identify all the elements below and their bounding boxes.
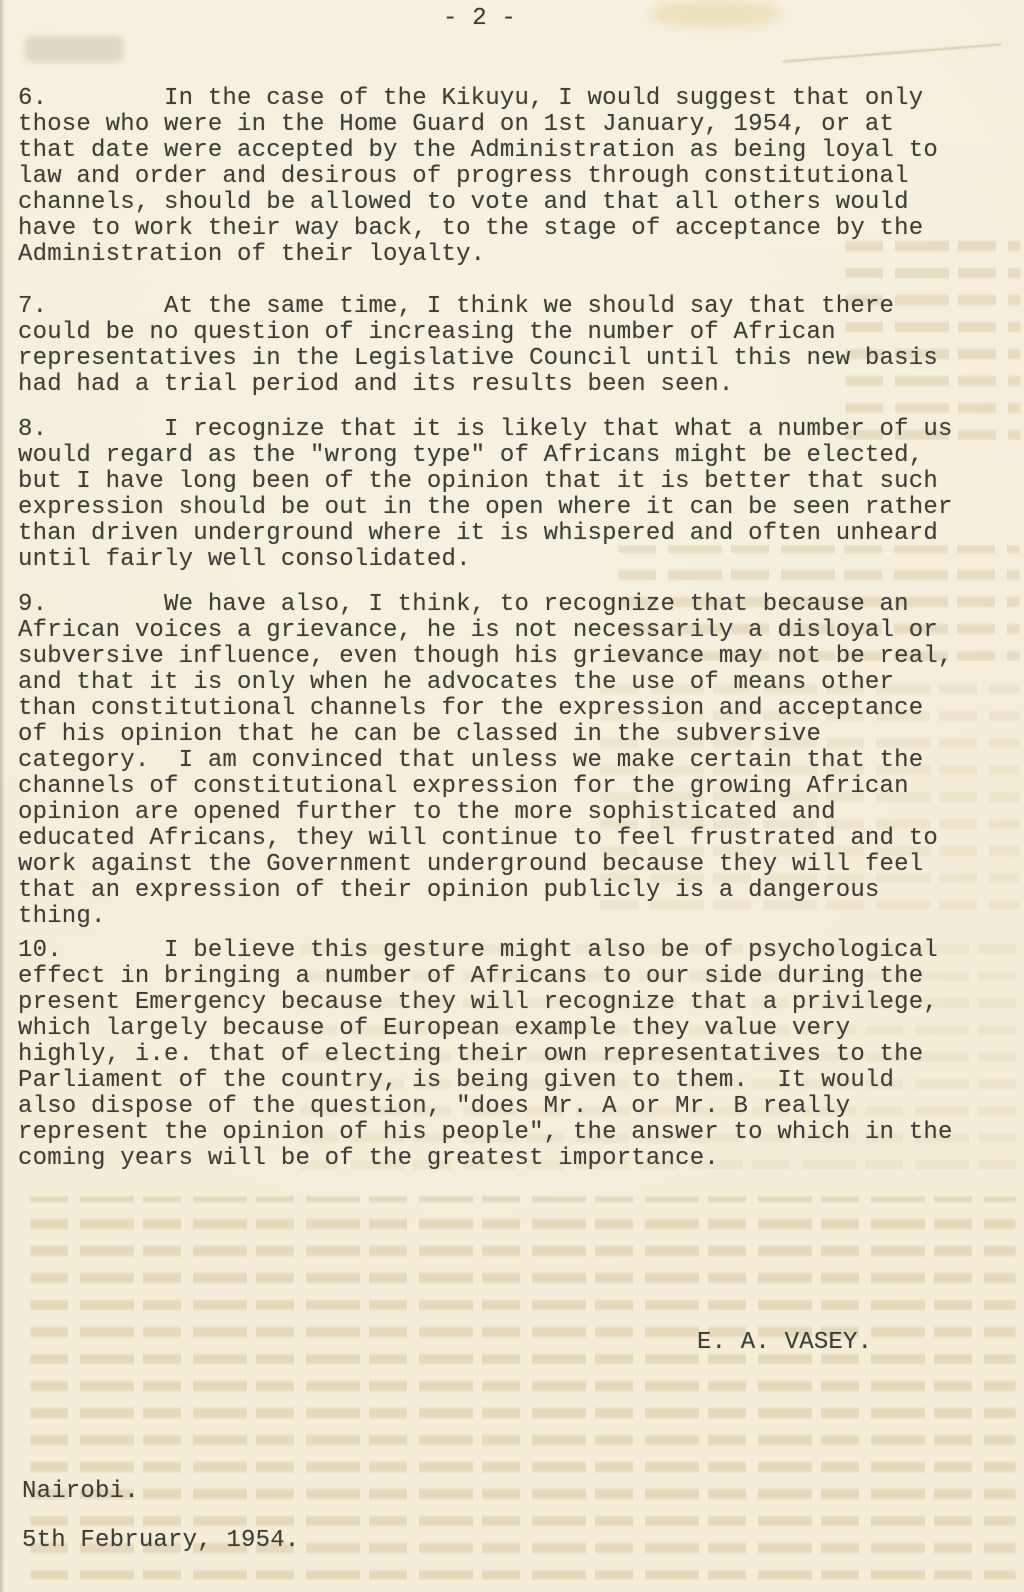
scan-edge-shadow: [0, 0, 5, 1592]
text-line: 9. We have also, I think, to recognize t…: [18, 592, 953, 618]
text-line: Parliament of the country, is being give…: [18, 1068, 953, 1094]
text-line: which largely because of European exampl…: [18, 1016, 953, 1042]
text-line: than constitutional channels for the exp…: [18, 696, 953, 722]
bleedthrough-patch: [30, 1196, 1016, 1580]
date-line: 5th February, 1954.: [22, 1528, 299, 1554]
text-line: that an expression of their opinion publ…: [18, 878, 953, 904]
paragraph-6: 6. In the case of the Kikuyu, I would su…: [18, 86, 938, 268]
text-line: than driven underground where it is whis…: [18, 521, 953, 547]
text-line: African voices a grievance, he is not ne…: [18, 618, 953, 644]
paragraph-8: 8. I recognize that it is likely that wh…: [18, 417, 953, 573]
text-line: coming years will be of the greatest imp…: [18, 1146, 953, 1172]
text-line: had had a trial period and its results b…: [18, 372, 938, 398]
text-line: thing.: [18, 904, 953, 930]
text-line: educated Africans, they will continue to…: [18, 826, 953, 852]
text-line: work against the Government underground …: [18, 852, 953, 878]
text-line: 7. At the same time, I think we should s…: [18, 294, 938, 320]
place-line: Nairobi.: [22, 1479, 139, 1505]
text-line: until fairly well consolidated.: [18, 547, 953, 573]
text-line: opinion are opened further to the more s…: [18, 800, 953, 826]
text-line: could be no question of increasing the n…: [18, 320, 938, 346]
text-line: category. I am convinced that unless we …: [18, 748, 953, 774]
text-line: 10. I believe this gesture might also be…: [18, 938, 953, 964]
text-line: also dispose of the question, "does Mr. …: [18, 1094, 953, 1120]
text-line: and that it is only when he advocates th…: [18, 670, 953, 696]
text-line: would regard as the "wrong type" of Afri…: [18, 443, 953, 469]
text-line: 8. I recognize that it is likely that wh…: [18, 417, 953, 443]
signature: E. A. VASEY.: [697, 1330, 872, 1356]
text-line: channels of constitutional expression fo…: [18, 774, 953, 800]
text-line: subversive influence, even though his gr…: [18, 644, 953, 670]
text-line: present Emergency because they will reco…: [18, 990, 953, 1016]
paragraph-7: 7. At the same time, I think we should s…: [18, 294, 938, 398]
text-line: channels, should be allowed to vote and …: [18, 190, 938, 216]
smudge-mark: [650, 1, 780, 27]
text-line: Administration of their loyalty.: [18, 242, 938, 268]
text-line: those who were in the Home Guard on 1st …: [18, 112, 938, 138]
paragraph-10: 10. I believe this gesture might also be…: [18, 938, 953, 1172]
text-line: expression should be out in the open whe…: [18, 495, 953, 521]
text-line: 6. In the case of the Kikuyu, I would su…: [18, 86, 938, 112]
page-number: - 2 -: [443, 6, 516, 32]
pencil-streak: [782, 43, 1001, 62]
text-line: effect in bringing a number of Africans …: [18, 964, 953, 990]
text-line: representatives in the Legislative Counc…: [18, 346, 938, 372]
text-line: represent the opinion of his people", th…: [18, 1120, 953, 1146]
smudge-mark: [25, 36, 123, 62]
text-line: law and order and desirous of progress t…: [18, 164, 938, 190]
text-line: highly, i.e. that of electing their own …: [18, 1042, 953, 1068]
document-page: - 2 - 6. In the case of the Kikuyu, I wo…: [0, 0, 1024, 1592]
text-line: that date were accepted by the Administr…: [18, 138, 938, 164]
text-line: of his opinion that he can be classed in…: [18, 722, 953, 748]
text-line: but I have long been of the opinion that…: [18, 469, 953, 495]
paragraph-9: 9. We have also, I think, to recognize t…: [18, 592, 953, 930]
text-line: have to work their way back, to the stag…: [18, 216, 938, 242]
